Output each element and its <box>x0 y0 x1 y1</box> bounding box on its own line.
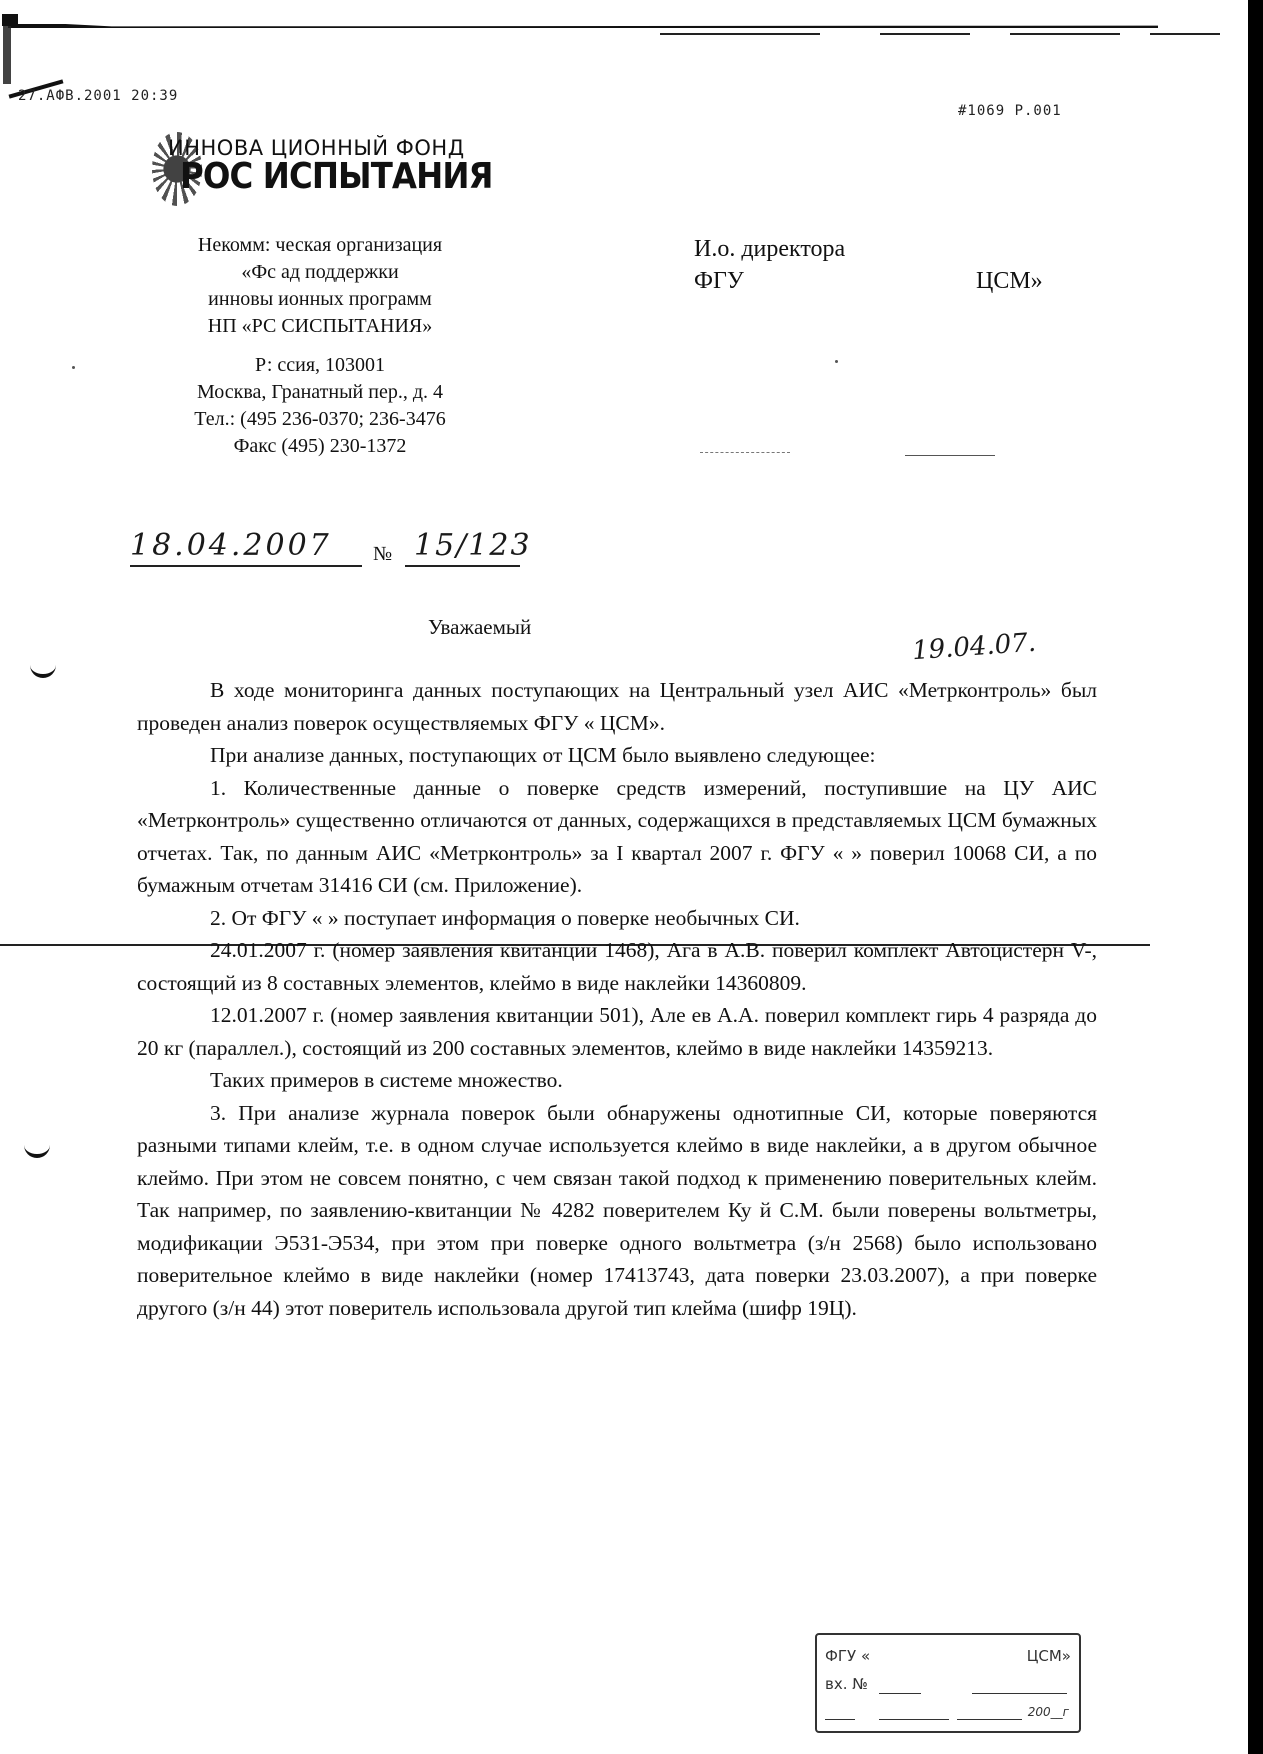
addressee-org-right: ЦСМ» <box>976 266 1043 296</box>
fax-timestamp: 27.АФВ.2001 20:39 <box>18 88 178 104</box>
finding-1: 1. Количественные данные о поверке средс… <box>137 772 1097 902</box>
addressee-org-left: ФГУ <box>694 266 744 296</box>
scan-dash <box>905 455 995 457</box>
examples-summary: Таких примеров в системе множество. <box>137 1064 1097 1097</box>
stamp-in-number-label: вх. № <box>825 1675 868 1693</box>
scan-top-rule <box>8 24 1158 28</box>
org-line: Некомм: ческая организация <box>150 232 490 259</box>
scan-dash <box>700 452 790 454</box>
stamp-org-left: ФГУ « <box>825 1647 870 1665</box>
stamp-field-line <box>972 1693 1067 1694</box>
finding-3: 3. При анализе журнала поверок были обна… <box>137 1097 1097 1325</box>
address-line: Факс (495) 230-1372 <box>150 433 490 460</box>
example-1: 24.01.2007 г. (номер заявления квитанции… <box>137 934 1097 999</box>
stamp-field-line <box>879 1719 949 1720</box>
outgoing-number: 15/123 <box>414 528 532 563</box>
example-2: 12.01.2007 г. (номер заявления квитанции… <box>137 999 1097 1064</box>
stamp-year: 200__г <box>1028 1705 1069 1719</box>
scan-rule-fragment <box>1150 33 1220 35</box>
fax-page-id: #1069 P.001 <box>958 103 1062 119</box>
addressee-title: И.о. директора <box>694 234 845 264</box>
logo-main-text: РОС ИСПЫТАНИЯ <box>180 156 493 197</box>
date-underline <box>130 565 362 567</box>
stamp-field-line <box>825 1719 855 1720</box>
org-line: «Фс ад поддержки <box>150 259 490 286</box>
paragraph-findings-lead: При анализе данных, поступающих от ЦСМ б… <box>137 739 1097 772</box>
letter-body: В ходе мониторинга данных поступающих на… <box>137 674 1097 1324</box>
scan-speck <box>72 366 75 369</box>
org-line: инновы ионных программ <box>150 286 490 313</box>
scan-speck <box>835 360 838 363</box>
scan-rule-fragment <box>880 33 970 35</box>
address-line: Москва, Гранатный пер., д. 4 <box>150 379 490 406</box>
address-line: Р: ссия, 103001 <box>150 352 490 379</box>
finding-2: 2. От ФГУ « » поступает информация о пов… <box>137 902 1097 935</box>
stamp-org-right: ЦСМ» <box>1027 1647 1071 1665</box>
punch-hole-mark <box>30 660 56 678</box>
scan-border <box>1248 0 1263 1754</box>
stamp-field-line <box>879 1693 921 1694</box>
received-date: 19.04.07. <box>911 628 1037 667</box>
incoming-registration-stamp: ФГУ « ЦСМ» вх. № 200__г <box>815 1633 1081 1733</box>
scan-rule-fragment <box>1010 33 1120 35</box>
outgoing-date: 18.04.2007 <box>130 528 332 563</box>
scan-left-mark <box>2 14 18 26</box>
org-line: НП «РС СИСПЫТАНИЯ» <box>150 313 490 340</box>
number-underline <box>405 565 520 567</box>
punch-hole-mark <box>24 1140 50 1158</box>
paragraph-intro: В ходе мониторинга данных поступающих на… <box>137 674 1097 739</box>
address-line: Тел.: (495 236-0370; 236-3476 <box>150 406 490 433</box>
greeting: Уважаемый <box>428 615 531 640</box>
sender-block: Некомм: ческая организация «Фс ад поддер… <box>150 232 490 460</box>
stamp-field-line <box>957 1719 1022 1720</box>
number-sign: № <box>373 543 392 566</box>
scan-rule-fragment <box>660 33 820 35</box>
